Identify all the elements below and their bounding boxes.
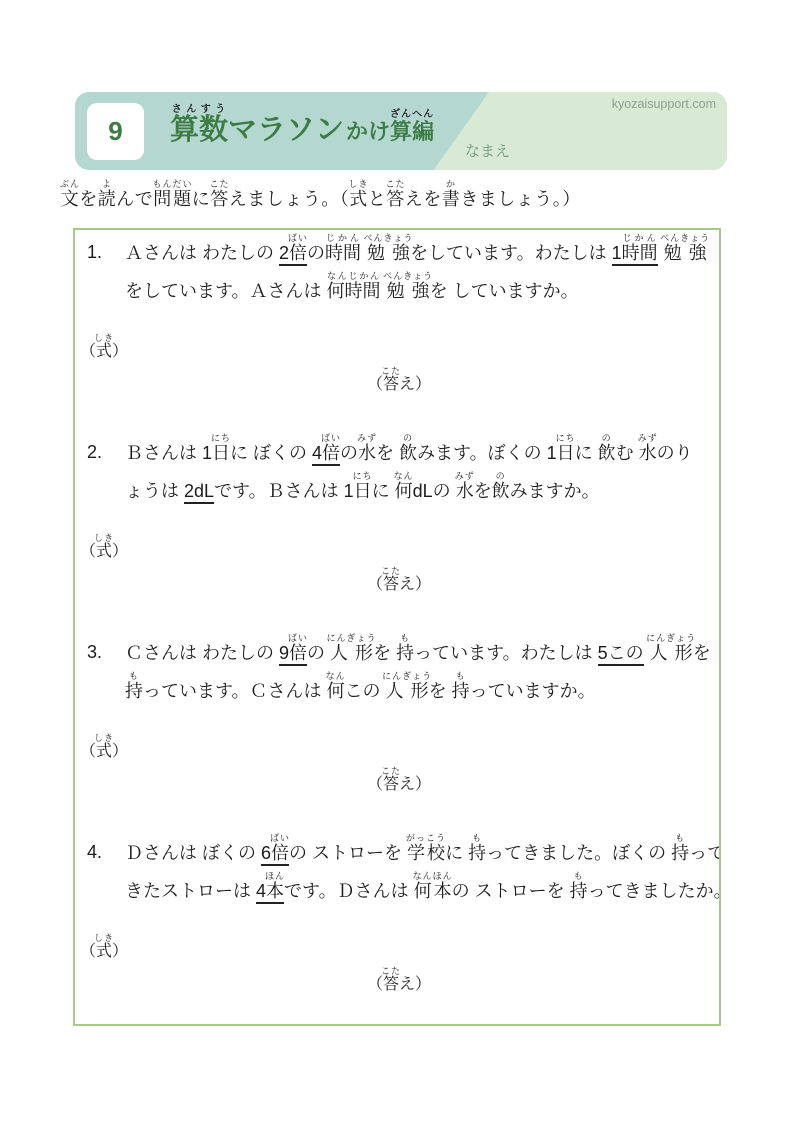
problem-line-2: ょうは 2dLです。Ｂさんは 1日にちに 何なんdLの 水みずを飲のみますか。 — [125, 471, 719, 509]
problem-number: 1. — [87, 233, 125, 309]
formula-label: （式しき） — [80, 733, 128, 768]
website-text: kyozaisupport.com — [612, 97, 716, 111]
problem-lines: Ｂさんは 1日にちに ぼくの 4倍ばいの水みずを 飲のみます。ぼくの 1日にちに… — [125, 433, 719, 509]
worksheet-number-badge: 9 — [87, 103, 144, 160]
problem-line-1: Ｂさんは 1日にちに ぼくの 4倍ばいの水みずを 飲のみます。ぼくの 1日にちに… — [125, 433, 719, 471]
answer-label: （答こたえ） — [367, 566, 431, 601]
problem-lines: Ｃさんは わたしの 9倍ばいの 人形にんぎょうを 持もっています。わたしは 5こ… — [125, 633, 719, 709]
problem: 2. Ｂさんは 1日にちに ぼくの 4倍ばいの水みずを 飲のみます。ぼくの 1日… — [75, 433, 719, 633]
problems-box: 1. Ａさんは わたしの 2倍ばいの時間じかん 勉強べんきょうをしています。わた… — [73, 228, 721, 1026]
problem: 4. Ｄさんは ぼくの 6倍ばいの ストローを 学校がっこうに 持もってきました… — [75, 833, 719, 1026]
problems: 1. Ａさんは わたしの 2倍ばいの時間じかん 勉強べんきょうをしています。わた… — [75, 233, 719, 1026]
problem-number: 4. — [87, 833, 125, 909]
problem-number: 2. — [87, 433, 125, 509]
instruction-text: 文ぶんを読よんで問題もんだいに答こたえましょう。（式しきと答こたえを書かきましょ… — [60, 179, 581, 214]
problem-line-1: Ａさんは わたしの 2倍ばいの時間じかん 勉強べんきょうをしています。わたしは … — [125, 233, 719, 271]
problem-line-2: きたストローは 4本ほんです。Ｄさんは 何本なんほんの ストローを 持もってきま… — [125, 871, 721, 909]
title-main: 算数さんすうマラソン — [170, 104, 344, 148]
problem-text: 3. Ｃさんは わたしの 9倍ばいの 人形にんぎょうを 持もっています。わたしは… — [87, 633, 719, 709]
worksheet-title: 算数さんすうマラソン かけ算ざん編へん — [170, 104, 434, 148]
formula-label: （式しき） — [80, 533, 128, 568]
problem-lines: Ａさんは わたしの 2倍ばいの時間じかん 勉強べんきょうをしています。わたしは … — [125, 233, 719, 309]
formula-label: （式しき） — [80, 333, 128, 368]
problem-line-1: Ｃさんは わたしの 9倍ばいの 人形にんぎょうを 持もっています。わたしは 5こ… — [125, 633, 719, 671]
worksheet-page: 9 算数さんすうマラソン かけ算ざん編へん なまえ kyozaisupport.… — [0, 0, 800, 1131]
header-band: 9 算数さんすうマラソン かけ算ざん編へん なまえ kyozaisupport.… — [75, 92, 727, 170]
problem: 1. Ａさんは わたしの 2倍ばいの時間じかん 勉強べんきょうをしています。わた… — [75, 233, 719, 433]
answer-label: （答こたえ） — [367, 766, 431, 801]
problem-number: 3. — [87, 633, 125, 709]
problem-line-1: Ｄさんは ぼくの 6倍ばいの ストローを 学校がっこうに 持もってきました。ぼく… — [125, 833, 721, 871]
formula-label: （式しき） — [80, 933, 128, 968]
problem: 3. Ｃさんは わたしの 9倍ばいの 人形にんぎょうを 持もっています。わたしは… — [75, 633, 719, 833]
problem-line-2: をしています。Ａさんは 何時間なんじかん 勉強べんきょうを していますか。 — [125, 271, 719, 309]
worksheet-number: 9 — [108, 116, 122, 147]
problem-line-2: 持もっています。Ｃさんは 何なんこの 人形にんぎょうを 持もっていますか。 — [125, 671, 719, 709]
name-field-label: なまえ — [465, 140, 510, 161]
answer-label: （答こたえ） — [367, 366, 431, 401]
problem-text: 1. Ａさんは わたしの 2倍ばいの時間じかん 勉強べんきょうをしています。わた… — [87, 233, 719, 309]
answer-label: （答こたえ） — [367, 966, 431, 1001]
problem-text: 4. Ｄさんは ぼくの 6倍ばいの ストローを 学校がっこうに 持もってきました… — [87, 833, 719, 909]
title-subtitle: かけ算ざん編へん — [346, 109, 434, 146]
problem-lines: Ｄさんは ぼくの 6倍ばいの ストローを 学校がっこうに 持もってきました。ぼく… — [125, 833, 721, 909]
problem-text: 2. Ｂさんは 1日にちに ぼくの 4倍ばいの水みずを 飲のみます。ぼくの 1日… — [87, 433, 719, 509]
